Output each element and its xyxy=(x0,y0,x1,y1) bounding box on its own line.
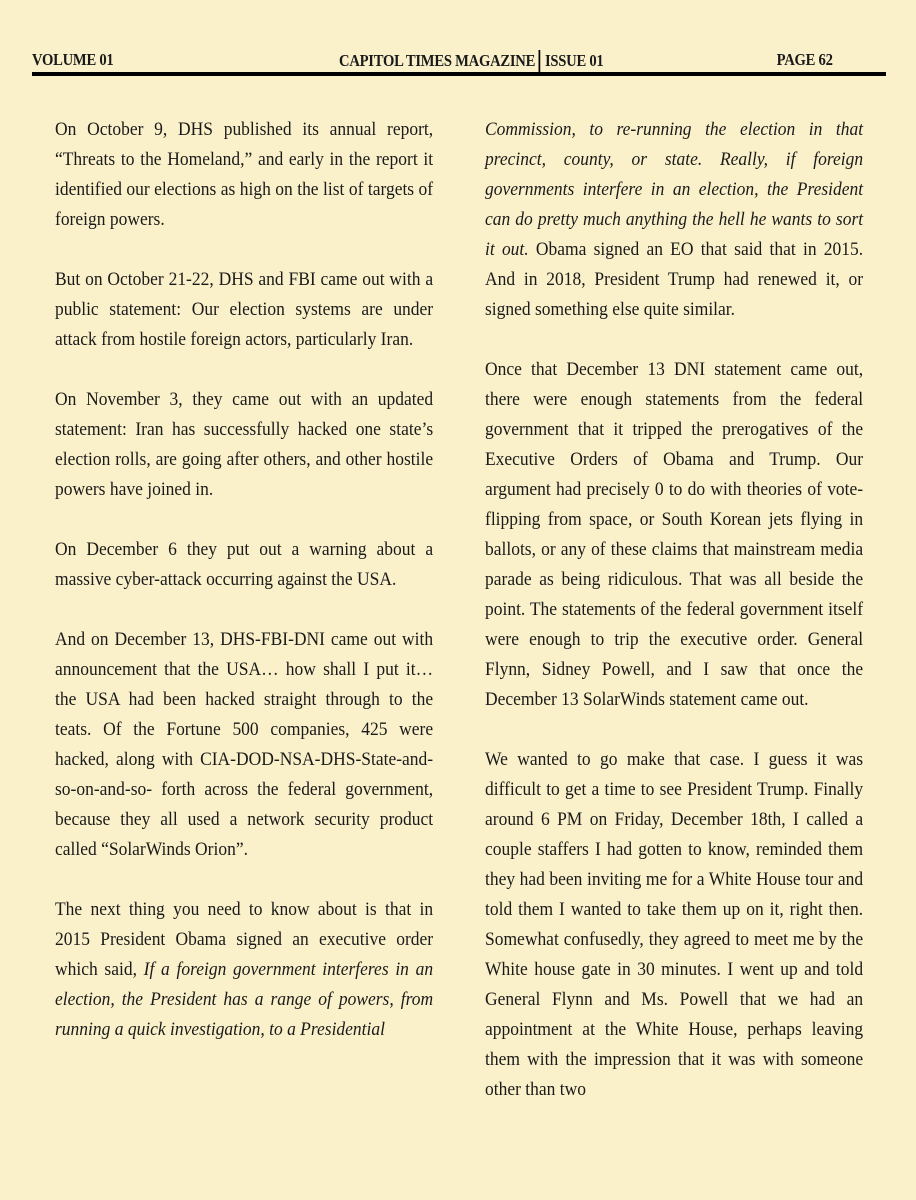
paragraph: On November 3, they came out with an upd… xyxy=(55,385,433,505)
masthead: CAPITOL TIMES MAGAZINEISSUE 01 xyxy=(339,50,603,72)
paragraph: But on October 21-22, DHS and FBI came o… xyxy=(55,265,433,355)
issue-label: ISSUE 01 xyxy=(545,51,603,70)
left-column: On October 9, DHS published its annual r… xyxy=(55,115,433,1075)
paragraph-text: Obama signed an EO that said that in 201… xyxy=(485,239,863,320)
page-number: PAGE 62 xyxy=(777,50,833,70)
paragraph: On December 6 they put out a warning abo… xyxy=(55,535,433,595)
magazine-title: CAPITOL TIMES MAGAZINE xyxy=(339,51,535,70)
paragraph: And on December 13, DHS-FBI-DNI came out… xyxy=(55,625,433,865)
paragraph: Commission, to re-running the election i… xyxy=(485,115,863,325)
paragraph: We wanted to go make that case. I guess … xyxy=(485,745,863,1105)
paragraph: On October 9, DHS published its annual r… xyxy=(55,115,433,235)
paragraph: Once that December 13 DNI statement came… xyxy=(485,355,863,715)
page-header: VOLUME 01 CAPITOL TIMES MAGAZINEISSUE 01… xyxy=(32,50,886,76)
header-separator xyxy=(539,50,540,72)
volume-label: VOLUME 01 xyxy=(32,50,113,70)
right-column: Commission, to re-running the election i… xyxy=(485,115,863,1135)
paragraph: The next thing you need to know about is… xyxy=(55,895,433,1045)
